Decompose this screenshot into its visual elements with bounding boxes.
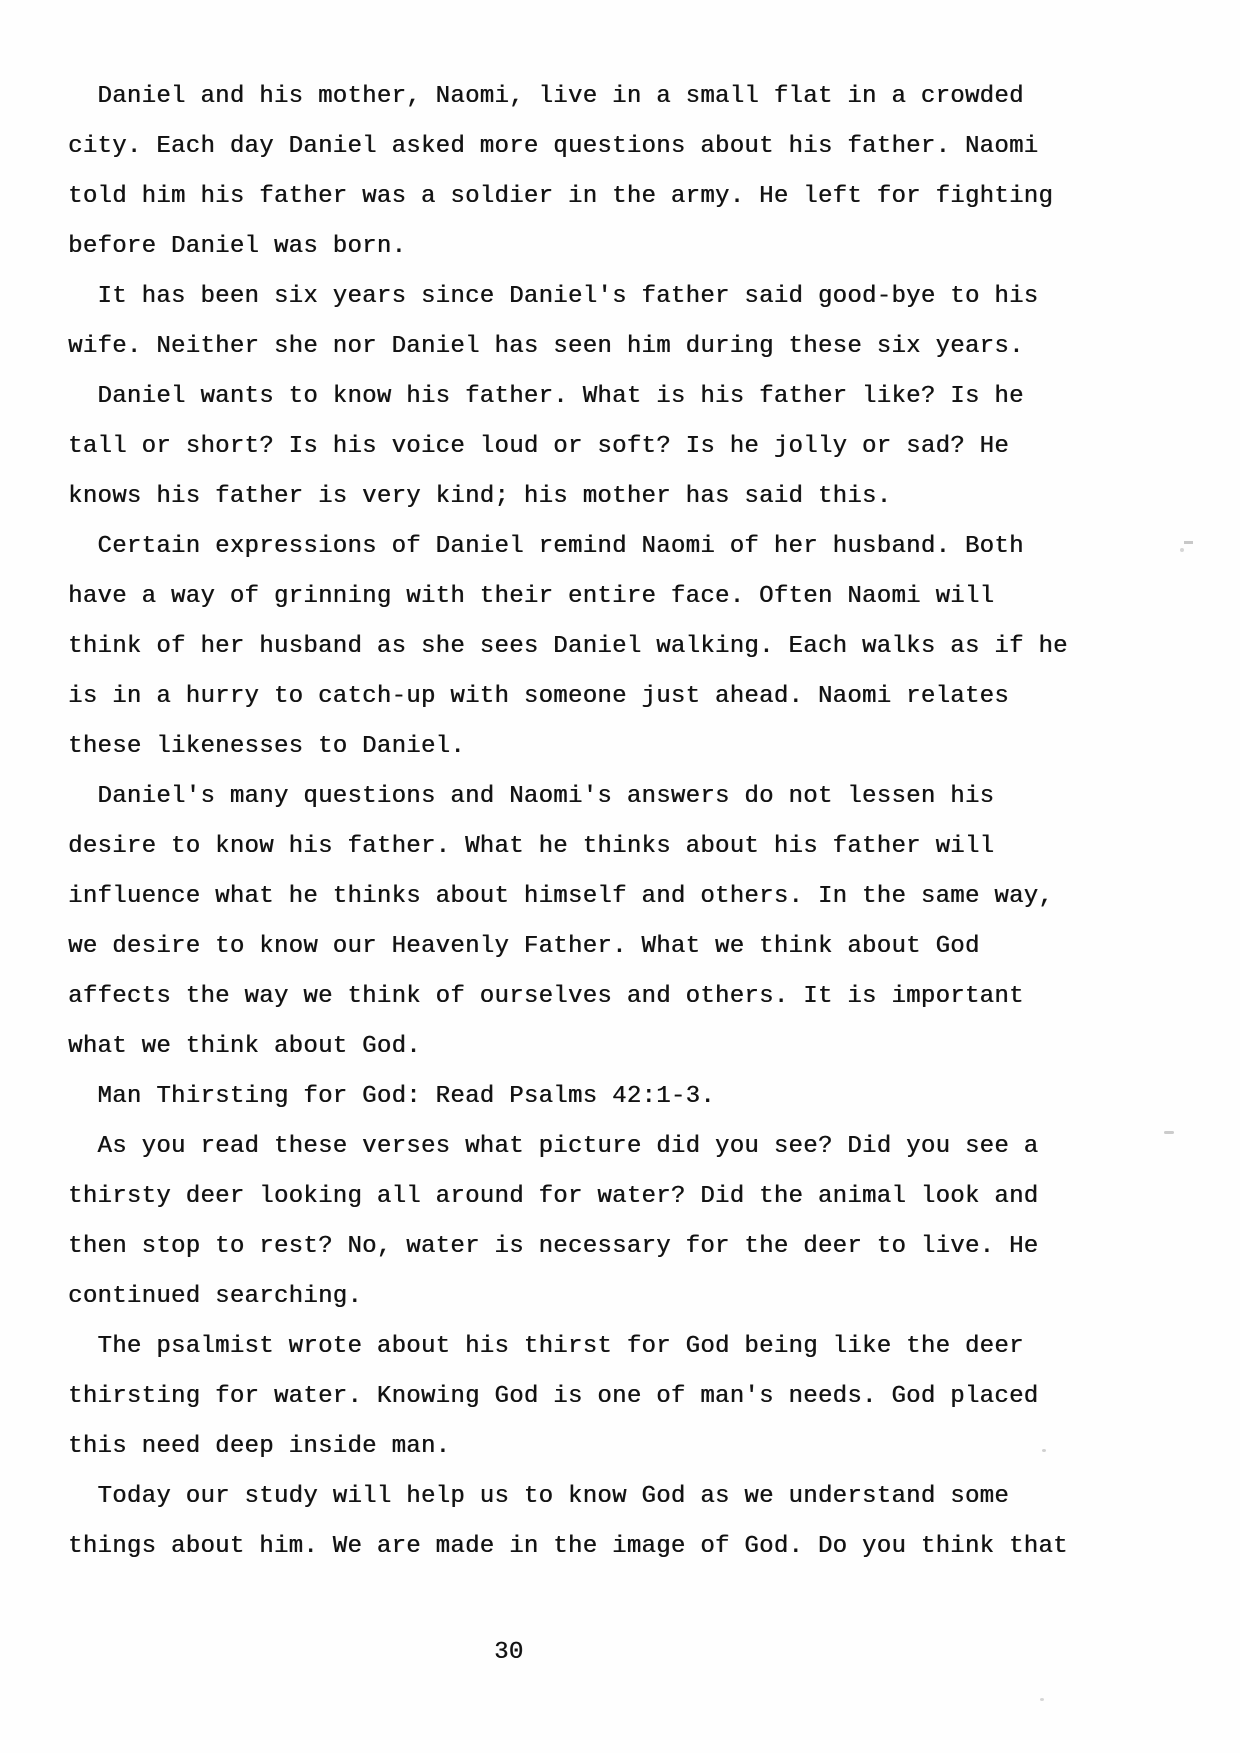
text-line: what we think about God. [68, 1022, 1200, 1072]
text-line: we desire to know our Heavenly Father. W… [68, 922, 1200, 972]
text-line: Daniel's many questions and Naomi's answ… [68, 772, 1200, 822]
text-line: think of her husband as she sees Daniel … [68, 622, 1200, 672]
page-number: 30 [494, 1638, 523, 1668]
text-line: The psalmist wrote about his thirst for … [68, 1322, 1200, 1372]
scan-speck [1184, 541, 1193, 544]
text-line: continued searching. [68, 1272, 1200, 1322]
scan-speck [1040, 1698, 1044, 1701]
text-line: have a way of grinning with their entire… [68, 572, 1200, 622]
text-line: influence what he thinks about himself a… [68, 872, 1200, 922]
text-line: thirsting for water. Knowing God is one … [68, 1372, 1200, 1422]
text-line: knows his father is very kind; his mothe… [68, 472, 1200, 522]
text-line: this need deep inside man. [68, 1422, 1200, 1472]
text-line: before Daniel was born. [68, 222, 1200, 272]
text-line: told him his father was a soldier in the… [68, 172, 1200, 222]
text-line: things about him. We are made in the ima… [68, 1522, 1200, 1572]
text-line: Daniel and his mother, Naomi, live in a … [68, 72, 1200, 122]
text-line: Certain expressions of Daniel remind Nao… [68, 522, 1200, 572]
text-line: these likenesses to Daniel. [68, 722, 1200, 772]
text-line: Man Thirsting for God: Read Psalms 42:1-… [68, 1072, 1200, 1122]
text-line: As you read these verses what picture di… [68, 1122, 1200, 1172]
text-line: then stop to rest? No, water is necessar… [68, 1222, 1200, 1272]
text-line: Daniel wants to know his father. What is… [68, 372, 1200, 422]
text-line: thirsty deer looking all around for wate… [68, 1172, 1200, 1222]
scan-speck [1042, 1449, 1046, 1452]
text-line: affects the way we think of ourselves an… [68, 972, 1200, 1022]
page-text: Daniel and his mother, Naomi, live in a … [68, 72, 1200, 1572]
text-line: Today our study will help us to know God… [68, 1472, 1200, 1522]
text-line: It has been six years since Daniel's fat… [68, 272, 1200, 322]
document-page: Daniel and his mother, Naomi, live in a … [0, 0, 1240, 1753]
scan-speck [1180, 548, 1184, 552]
text-line: city. Each day Daniel asked more questio… [68, 122, 1200, 172]
text-line: desire to know his father. What he think… [68, 822, 1200, 872]
text-line: tall or short? Is his voice loud or soft… [68, 422, 1200, 472]
scan-speck [1164, 1131, 1174, 1134]
text-line: is in a hurry to catch-up with someone j… [68, 672, 1200, 722]
text-line: wife. Neither she nor Daniel has seen hi… [68, 322, 1200, 372]
